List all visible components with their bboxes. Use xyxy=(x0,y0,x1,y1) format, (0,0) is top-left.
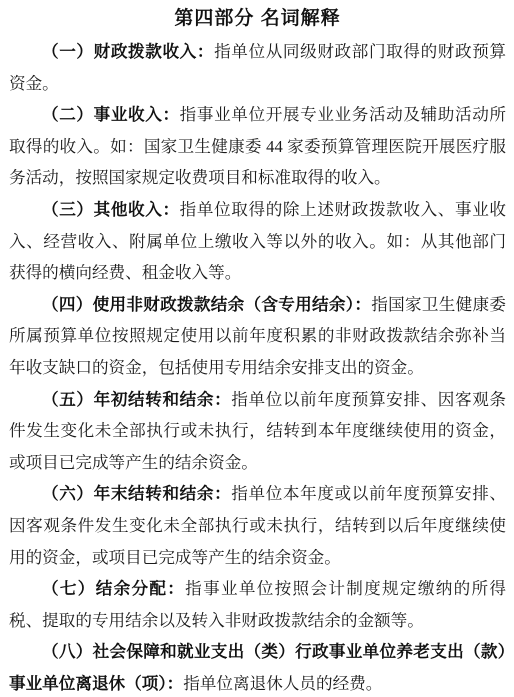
term-paragraph: （五）年初结转和结余：指单位以前年度预算安排、因客观条件发生变化未全部执行或未执… xyxy=(9,384,506,479)
term-paragraph: （三）其他收入：指单位取得的除上述财政拨款收入、事业收入、经营收入、附属单位上缴… xyxy=(9,194,506,289)
term-label: （三）其他收入： xyxy=(42,200,180,219)
term-label: （四）使用非财政拨款结余（含专用结余）： xyxy=(42,295,371,314)
term-paragraph: （四）使用非财政拨款结余（含专用结余）：指国家卫生健康委所属预算单位按照规定使用… xyxy=(9,289,506,384)
document-page: 第四部分 名词解释 （一）财政拨款收入：指单位从同级财政部门取得的财政预算资金。… xyxy=(0,0,514,697)
term-label: （七）结余分配： xyxy=(42,579,185,598)
term-paragraph: （一）财政拨款收入：指单位从同级财政部门取得的财政预算资金。 xyxy=(9,36,506,99)
term-paragraph: （八）社会保障和就业支出（类）行政事业单位养老支出（款）事业单位离退休（项）：指… xyxy=(9,636,506,697)
term-label: （一）财政拨款收入： xyxy=(42,42,214,61)
term-paragraph: （二）事业收入：指事业单位开展专业业务活动及辅助活动所取得的收入。如：国家卫生健… xyxy=(9,99,506,194)
term-paragraph: （七）结余分配：指事业单位按照会计制度规定缴纳的所得税、提取的专用结余以及转入非… xyxy=(9,573,506,636)
term-label: （六）年末结转和结余： xyxy=(42,484,231,503)
term-label: （五）年初结转和结余： xyxy=(42,390,231,409)
page-title: 第四部分 名词解释 xyxy=(9,4,506,34)
term-definition: 指单位离退休人员的经费。 xyxy=(183,674,382,693)
term-label: （二）事业收入： xyxy=(42,105,180,124)
term-paragraph: （六）年末结转和结余：指单位本年度或以前年度预算安排、因客观条件发生变化未全部执… xyxy=(9,478,506,573)
